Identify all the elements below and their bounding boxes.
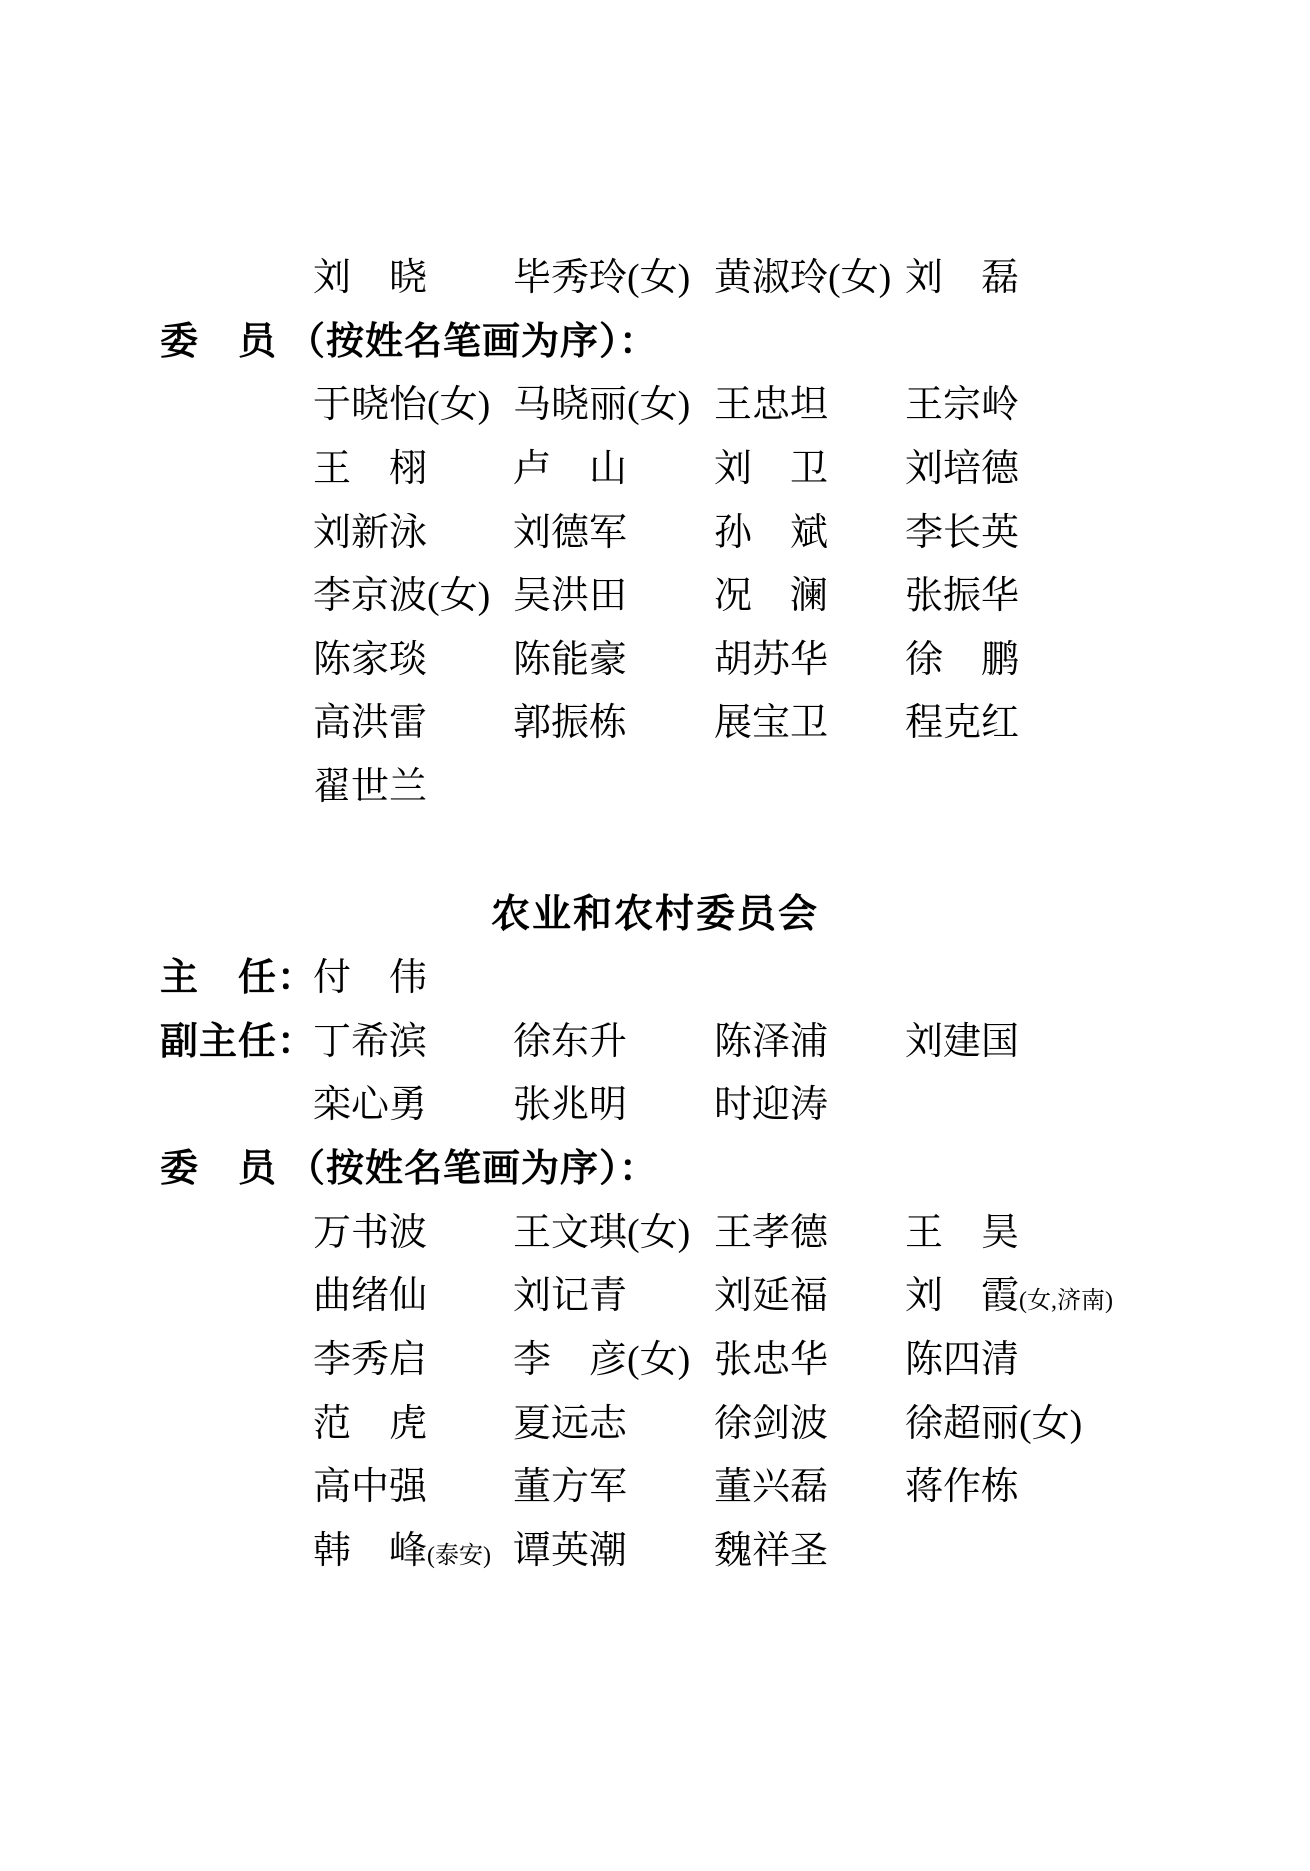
name-row: 陈家琰 陈能豪 胡苏华 徐 鹏 — [0, 629, 1310, 692]
member-annotation: (泰安) — [427, 1543, 491, 1569]
member-label-row: 委 员 （按姓名笔画为序）： — [0, 1138, 1310, 1201]
name-row: 刘 晓 毕秀玲(女) 黄淑玲(女) 刘 磊 — [0, 247, 1310, 310]
member-name: 刘培德 — [905, 438, 1019, 501]
member-name: 展宝卫 — [714, 692, 828, 755]
member-name: 程克红 — [905, 692, 1019, 755]
member-name: 王文琪(女) — [513, 1202, 690, 1265]
member-name: 李京波(女) — [313, 565, 490, 628]
member-name: 黄淑玲(女) — [714, 247, 891, 310]
name-row: 翟世兰 — [0, 756, 1310, 819]
member-name: 万书波 — [313, 1202, 427, 1265]
member-name: 栾心勇 — [313, 1074, 427, 1137]
name-row: 栾心勇 张兆明 时迎涛 — [0, 1074, 1310, 1137]
member-name: 马晓丽(女) — [513, 374, 690, 437]
director-row: 主 任： 付 伟 — [0, 947, 1310, 1010]
member-name: 高洪雷 — [313, 692, 427, 755]
member-name: 王 栩 — [313, 438, 427, 501]
member-name: 李 彦(女) — [513, 1329, 690, 1392]
name-row: 万书波 王文琪(女) 王孝德 王 昊 — [0, 1202, 1310, 1265]
member-name: 李长英 — [905, 502, 1019, 565]
document-page: 刘 晓 毕秀玲(女) 黄淑玲(女) 刘 磊 委 员 （按姓名笔画为序）： 于晓怡… — [0, 0, 1310, 1871]
member-name: 胡苏华 — [714, 629, 828, 692]
member-name: 刘建国 — [905, 1011, 1019, 1074]
member-name: 陈能豪 — [513, 629, 627, 692]
sort-order-note: （按姓名笔画为序）： — [287, 311, 658, 374]
member-name: 刘 晓 — [313, 247, 427, 310]
name-row: 高洪雷 郭振栋 展宝卫 程克红 — [0, 692, 1310, 755]
member-name: 张忠华 — [714, 1329, 828, 1392]
member-name: 曲绪仙 — [313, 1265, 427, 1328]
member-name: 陈四清 — [905, 1329, 1019, 1392]
member-name-text: 韩 峰 — [313, 1530, 427, 1572]
member-name: 徐超丽(女) — [905, 1393, 1082, 1456]
member-name: 范 虎 — [313, 1393, 427, 1456]
member-name: 蒋作栋 — [905, 1456, 1019, 1519]
director-name: 付 伟 — [313, 947, 427, 1010]
member-name: 张兆明 — [513, 1074, 627, 1137]
member-name: 张振华 — [905, 565, 1019, 628]
member-name: 王 昊 — [905, 1202, 1019, 1265]
member-name: 徐剑波 — [714, 1393, 828, 1456]
member-annotation: (女,济南) — [1019, 1288, 1113, 1314]
sort-order-note: （按姓名笔画为序）： — [287, 1138, 658, 1201]
member-label: 委 员 — [160, 1138, 277, 1201]
name-row: 李秀启 李 彦(女) 张忠华 陈四清 — [0, 1329, 1310, 1392]
member-name: 吴洪田 — [513, 565, 627, 628]
member-name: 刘 霞(女,济南) — [905, 1265, 1113, 1333]
committee-heading: 农业和农村委员会 — [0, 883, 1310, 946]
member-name: 李秀启 — [313, 1329, 427, 1392]
member-name: 刘 卫 — [714, 438, 828, 501]
member-name: 陈泽浦 — [714, 1011, 828, 1074]
name-row: 李京波(女) 吴洪田 况 澜 张振华 — [0, 565, 1310, 628]
member-name: 刘延福 — [714, 1265, 828, 1328]
member-name: 魏祥圣 — [714, 1520, 828, 1583]
name-row: 曲绪仙 刘记青 刘延福 刘 霞(女,济南) — [0, 1265, 1310, 1328]
member-name: 刘新泳 — [313, 502, 427, 565]
member-name: 刘德军 — [513, 502, 627, 565]
name-row: 范 虎 夏远志 徐剑波 徐超丽(女) — [0, 1393, 1310, 1456]
member-name: 徐东升 — [513, 1011, 627, 1074]
deputy-director-row: 副主任： 丁希滨 徐东升 陈泽浦 刘建国 — [0, 1011, 1310, 1074]
member-name: 刘记青 — [513, 1265, 627, 1328]
member-name: 孙 斌 — [714, 502, 828, 565]
member-name: 王忠坦 — [714, 374, 828, 437]
name-row: 于晓怡(女) 马晓丽(女) 王忠坦 王宗岭 — [0, 374, 1310, 437]
member-name: 况 澜 — [714, 565, 828, 628]
member-name: 王宗岭 — [905, 374, 1019, 437]
member-name: 韩 峰(泰安) — [313, 1520, 491, 1588]
member-name: 陈家琰 — [313, 629, 427, 692]
deputy-director-label: 副主任： — [160, 1011, 316, 1074]
member-name: 董方军 — [513, 1456, 627, 1519]
name-row: 高中强 董方军 董兴磊 蒋作栋 — [0, 1456, 1310, 1519]
member-label-row: 委 员 （按姓名笔画为序）： — [0, 311, 1310, 374]
member-name: 徐 鹏 — [905, 629, 1019, 692]
member-name: 郭振栋 — [513, 692, 627, 755]
member-name: 刘 磊 — [905, 247, 1019, 310]
member-name: 翟世兰 — [313, 756, 427, 819]
member-name: 于晓怡(女) — [313, 374, 490, 437]
director-label: 主 任： — [160, 947, 316, 1010]
member-name: 卢 山 — [513, 438, 627, 501]
member-name: 董兴磊 — [714, 1456, 828, 1519]
member-name: 王孝德 — [714, 1202, 828, 1265]
member-name: 谭英潮 — [513, 1520, 627, 1583]
name-row: 刘新泳 刘德军 孙 斌 李长英 — [0, 502, 1310, 565]
member-name: 丁希滨 — [313, 1011, 427, 1074]
member-name: 高中强 — [313, 1456, 427, 1519]
member-name: 夏远志 — [513, 1393, 627, 1456]
member-name-text: 刘 霞 — [905, 1275, 1019, 1317]
member-label: 委 员 — [160, 311, 277, 374]
name-row: 王 栩 卢 山 刘 卫 刘培德 — [0, 438, 1310, 501]
member-name: 毕秀玲(女) — [513, 247, 690, 310]
member-name: 时迎涛 — [714, 1074, 828, 1137]
name-row: 韩 峰(泰安) 谭英潮 魏祥圣 — [0, 1520, 1310, 1583]
